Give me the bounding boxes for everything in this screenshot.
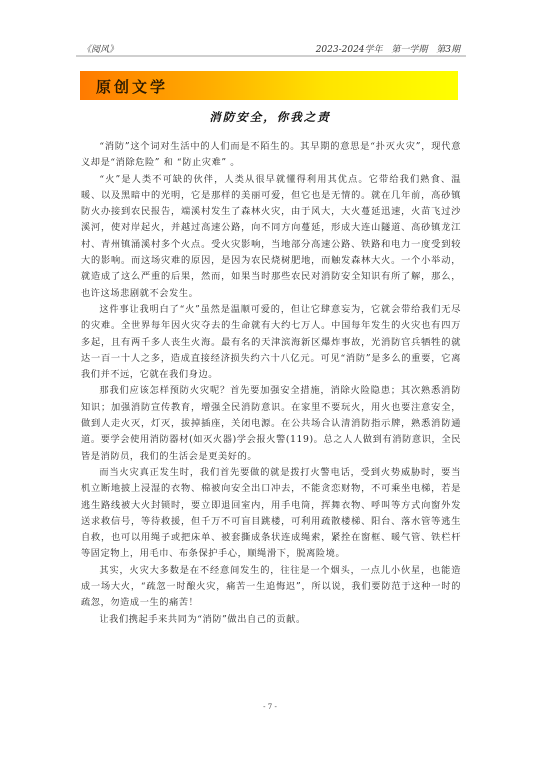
section-banner: 原创文学 [80, 71, 458, 100]
paragraph: 那我们应该怎样预防火灾呢？首先要加强安全措施，消除火险隐患；其次熟悉消防知识；加… [81, 383, 461, 464]
running-header: 《阅风》 2023-2024学年 第一学期 第3期 [76, 40, 466, 55]
section-label: 原创文学 [96, 76, 168, 97]
paragraph: “火”是人类不可缺的伙伴，人类从很早就懂得利用其优点。它带给我们熟食、温暖、以及… [81, 172, 461, 302]
publication-name: 《阅风》 [82, 42, 118, 55]
paragraph: 其实，火灾大多数是在不经意间发生的，往往是一个烟头，一点儿小伙星，也能造成一场大… [81, 563, 461, 612]
paragraph: “消防”这个词对生活中的人们而是不陌生的。其早期的意思是“扑灭火灾”，现代意义却… [81, 139, 461, 172]
page-number: - 7 - [0, 703, 540, 711]
paragraph: 这件事让我明白了“火”虽然是温顺可爱的，但让它肆意妄为，它就会带给我们无尽的灾难… [81, 302, 461, 383]
article-body: “消防”这个词对生活中的人们而是不陌生的。其早期的意思是“扑灭火灾”，现代意义却… [81, 139, 461, 628]
article-title: 消防安全，你我之责 [0, 109, 540, 125]
paragraph: 而当火灾真正发生时，我们首先要做的就是拨打火警电话，受到火势威胁时，要当机立断地… [81, 465, 461, 563]
issue-info: 2023-2024学年 第一学期 第3期 [316, 42, 460, 55]
header-divider [76, 55, 466, 57]
paragraph: 让我们携起手来共同为“消防”做出自己的贡献。 [81, 612, 461, 628]
